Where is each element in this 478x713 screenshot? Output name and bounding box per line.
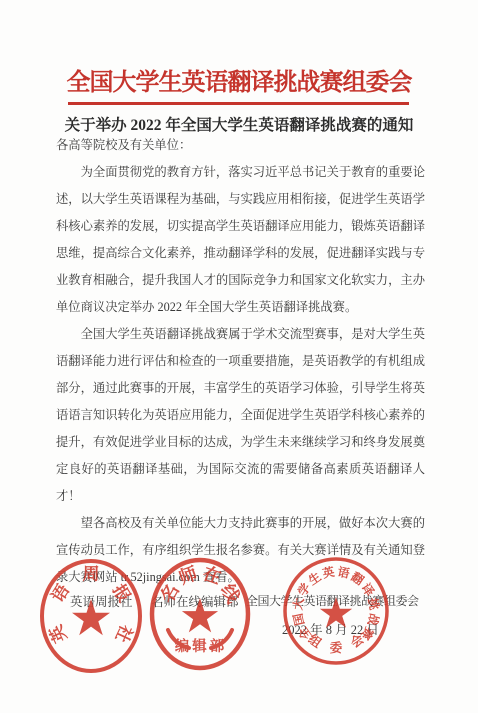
notice-body: 各高等院校及有关单位： 为全面贯彻党的教育方针，落实习近平总书记关于教育的重要论… <box>56 132 425 591</box>
body-paragraph-3: 望各高校及有关单位能大力支持此赛事的开展，做好本次大赛的宣传动员工作，有序组织学… <box>56 510 425 591</box>
seal-bottom-text: 编辑部 <box>175 637 228 655</box>
seal-ring-char: 社 <box>111 621 137 646</box>
body-paragraph-1: 为全面贯彻党的教育方针，落实习近平总书记关于教育的重要论述，以大学生英语课程为基… <box>56 159 425 321</box>
closing-text: 望各高校及有关单位能大力支持此赛事的开展，做好本次大赛的宣传动员工作，有序组织学… <box>56 516 425 584</box>
seal-ring-char: 英 <box>46 622 70 645</box>
body-paragraph-2: 全国大学生英语翻译挑战赛属于学术交流型赛事，是对大学生英语翻译能力进行评估和检查… <box>56 321 425 510</box>
salutation: 各高等院校及有关单位： <box>56 132 425 159</box>
seal-ring-char: 委 <box>330 640 343 655</box>
organization-title: 全国大学生英语翻译挑战赛组委会 <box>0 62 478 97</box>
date-line: 2022 年 8 月 22 日 <box>282 620 379 638</box>
closing-text-end: 查看。 <box>200 570 240 584</box>
competition-website-url: tr.52jingsai.com <box>121 570 200 584</box>
seal-ornament <box>168 630 189 648</box>
signature-english-weekly: 英语周报社 <box>70 592 133 610</box>
title-underline <box>68 102 409 105</box>
seal-ornament <box>211 630 232 648</box>
notice-document: 全国大学生英语翻译挑战赛组委会 关于举办 2022 年全国大学生英语翻译挑战赛的… <box>0 0 478 713</box>
signature-committee: 全国大学生英语翻译挑战赛组委会 <box>246 592 419 609</box>
signature-mingshi-online: 名师在线编辑部 <box>151 592 239 610</box>
